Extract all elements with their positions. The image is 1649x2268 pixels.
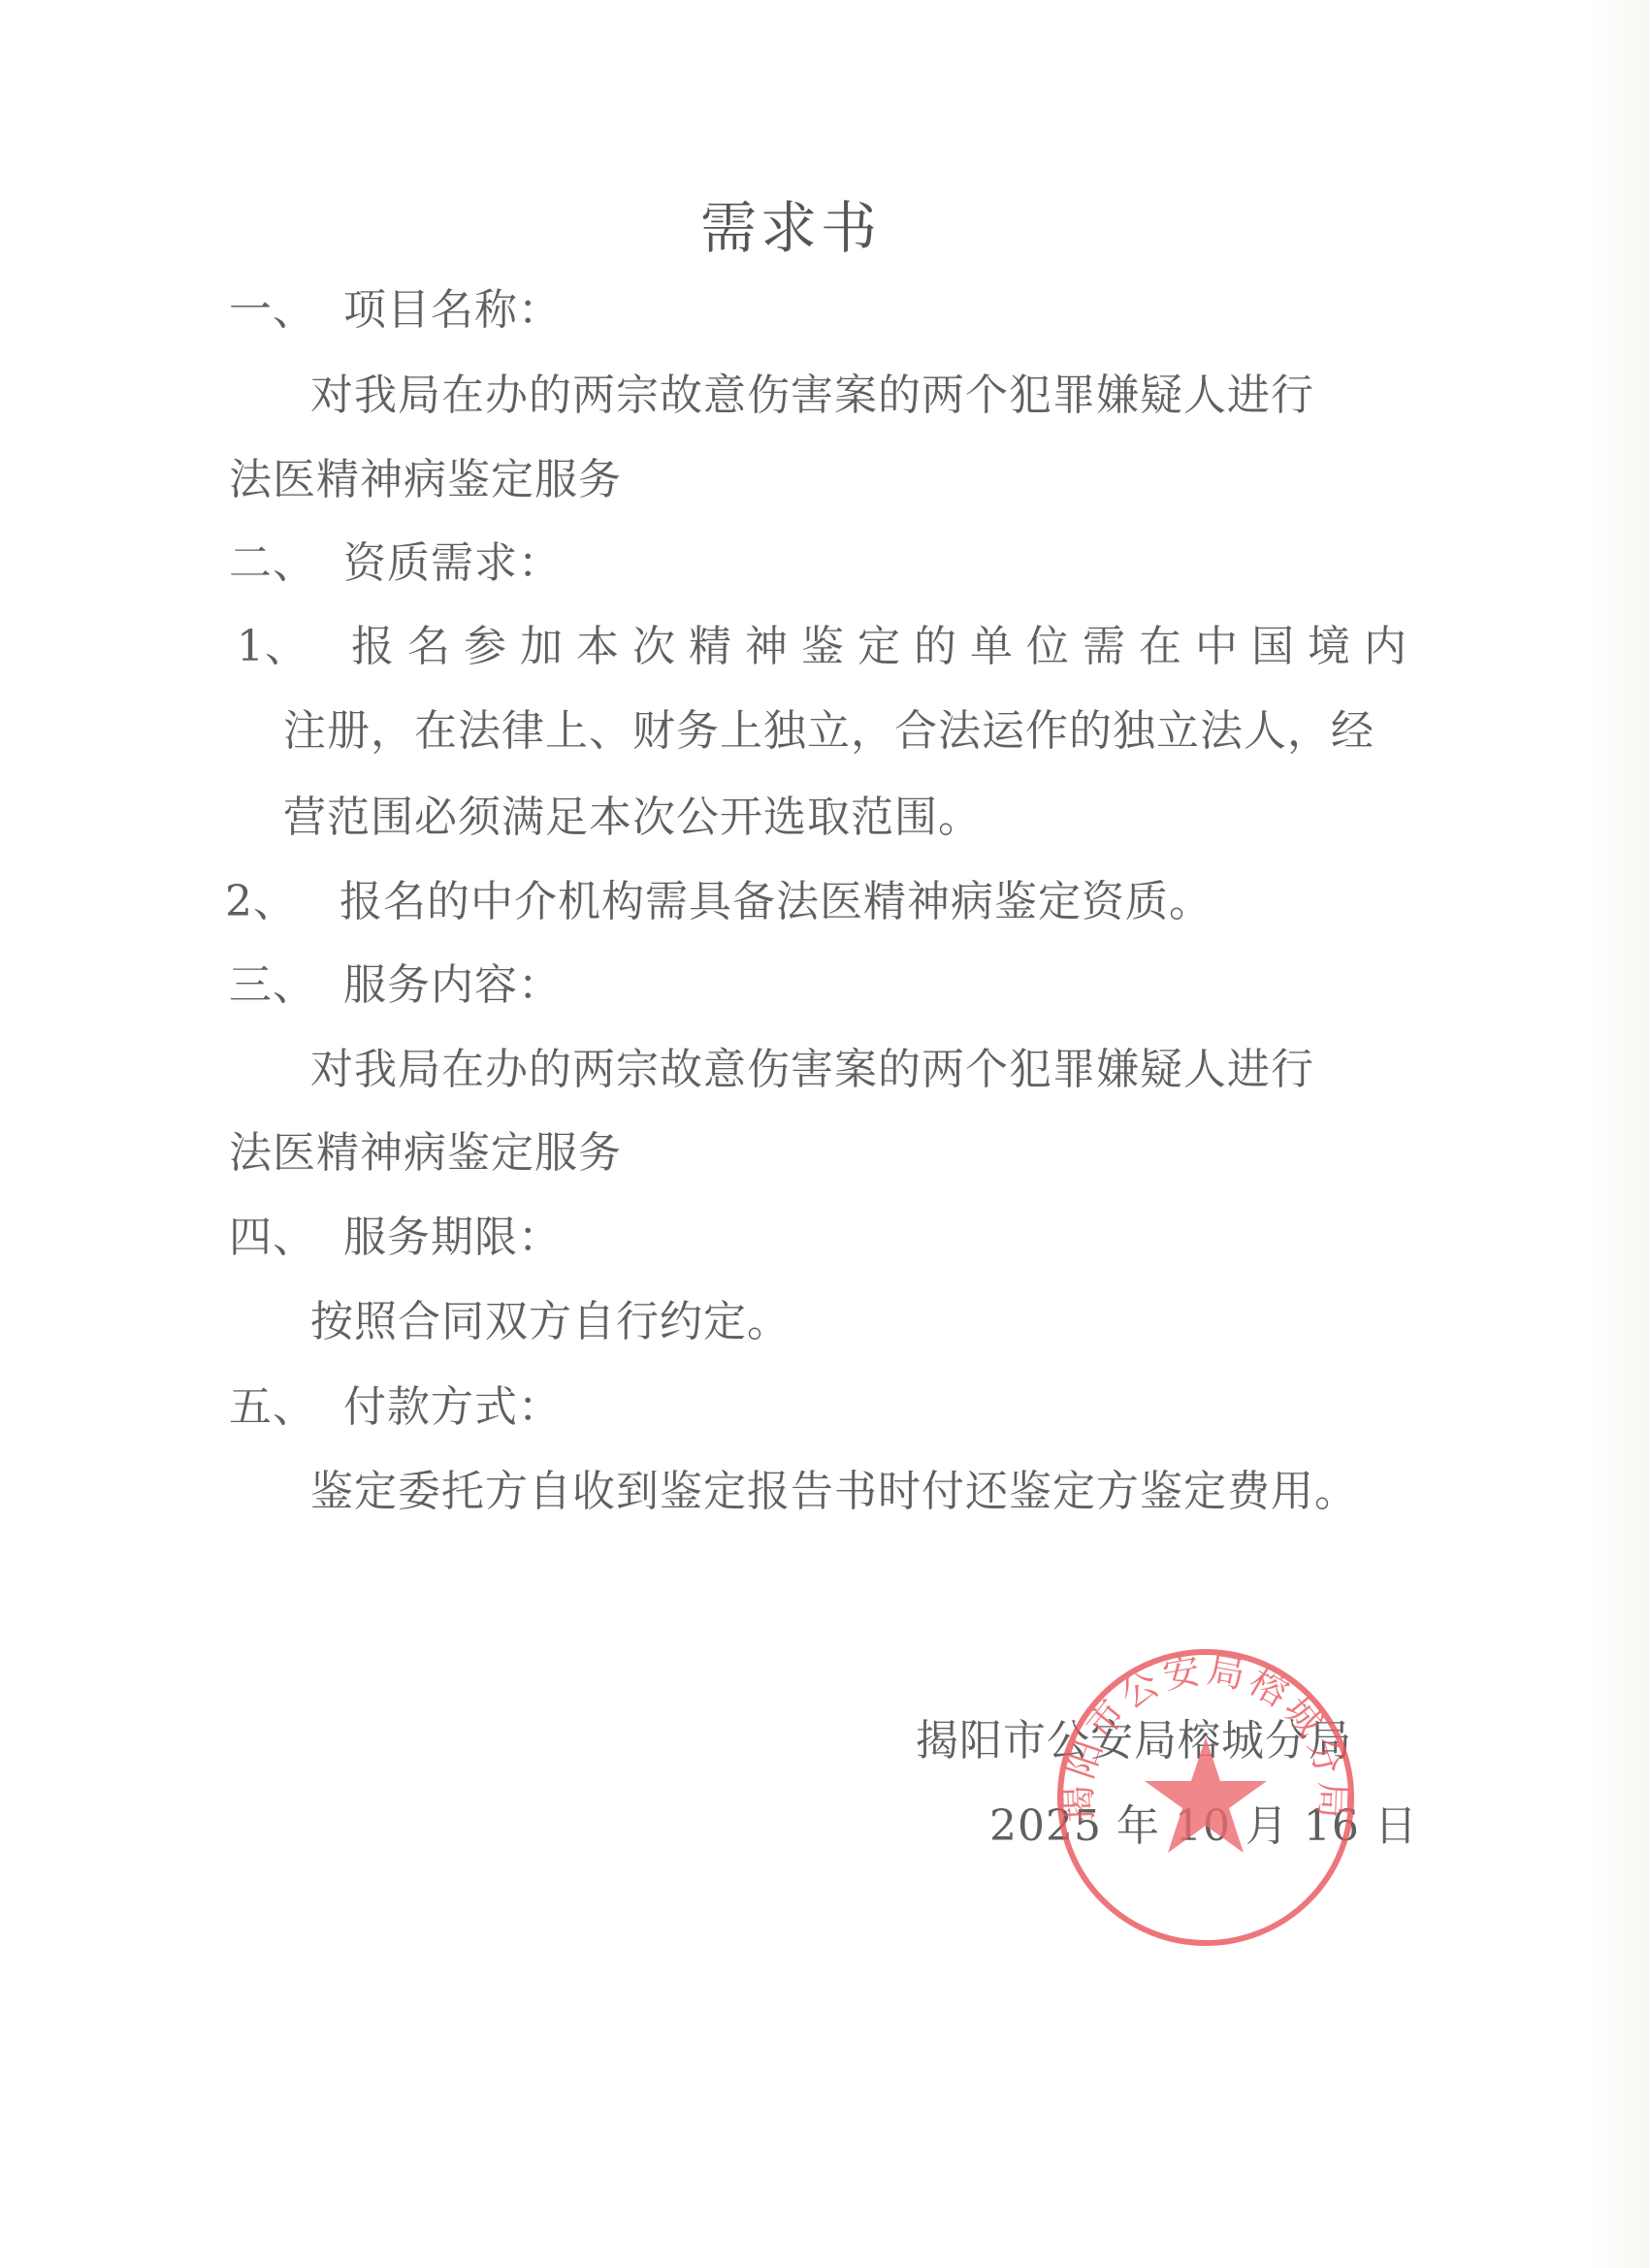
item-text: 报名的中介机构需具备法医精神病鉴定资质。 bbox=[339, 877, 1212, 926]
item-2-line-1: 2、报名的中介机构需具备法医精神病鉴定资质。 bbox=[225, 875, 1212, 929]
item-1-line-3: 营范围必须满足本次公开选取范围。 bbox=[283, 791, 982, 845]
section-1-body-line-1: 对我局在办的两宗故意伤害案的两个犯罪嫌疑人进行 bbox=[310, 369, 1314, 423]
item-1-line-2: 注册，在法律上、财务上独立，合法运作的独立法人，经 bbox=[283, 704, 1374, 759]
scan-edge-shadow bbox=[1591, 0, 1649, 2268]
section-number: 三、 bbox=[229, 958, 343, 1013]
item-number: 1、 bbox=[237, 620, 351, 674]
item-text: 报名参加本次精神鉴定的单位需在中国境内 bbox=[351, 622, 1420, 671]
section-number: 四、 bbox=[229, 1211, 343, 1265]
section-2-heading: 二、资质需求： bbox=[229, 536, 562, 591]
section-5-body: 鉴定委托方自收到鉴定报告书时付还鉴定方鉴定费用。 bbox=[310, 1465, 1358, 1519]
section-heading-text: 服务内容： bbox=[343, 960, 562, 1010]
section-heading-text: 付款方式： bbox=[343, 1382, 562, 1432]
section-heading-text: 资质需求： bbox=[343, 538, 562, 588]
section-1-heading: 一、项目名称： bbox=[229, 283, 562, 338]
section-3-heading: 三、服务内容： bbox=[229, 958, 562, 1013]
section-4-body: 按照合同双方自行约定。 bbox=[310, 1295, 791, 1349]
section-heading-text: 服务期限： bbox=[343, 1213, 562, 1262]
document-title: 需求书 bbox=[0, 194, 1581, 262]
section-3-body-line-2: 法医精神病鉴定服务 bbox=[229, 1126, 622, 1181]
section-4-heading: 四、服务期限： bbox=[229, 1211, 562, 1265]
section-1-body-line-2: 法医精神病鉴定服务 bbox=[229, 453, 622, 507]
section-heading-text: 项目名称： bbox=[343, 285, 562, 335]
section-5-heading: 五、付款方式： bbox=[229, 1380, 562, 1435]
item-number: 2、 bbox=[225, 875, 339, 929]
section-number: 一、 bbox=[229, 283, 343, 338]
section-number: 五、 bbox=[229, 1380, 343, 1435]
official-seal-icon: 揭阳市公安局榕城分局 bbox=[1053, 1645, 1358, 1950]
item-1-line-1: 1、报名参加本次精神鉴定的单位需在中国境内 bbox=[237, 620, 1420, 674]
section-3-body-line-1: 对我局在办的两宗故意伤害案的两个犯罪嫌疑人进行 bbox=[310, 1043, 1314, 1097]
section-number: 二、 bbox=[229, 536, 343, 591]
